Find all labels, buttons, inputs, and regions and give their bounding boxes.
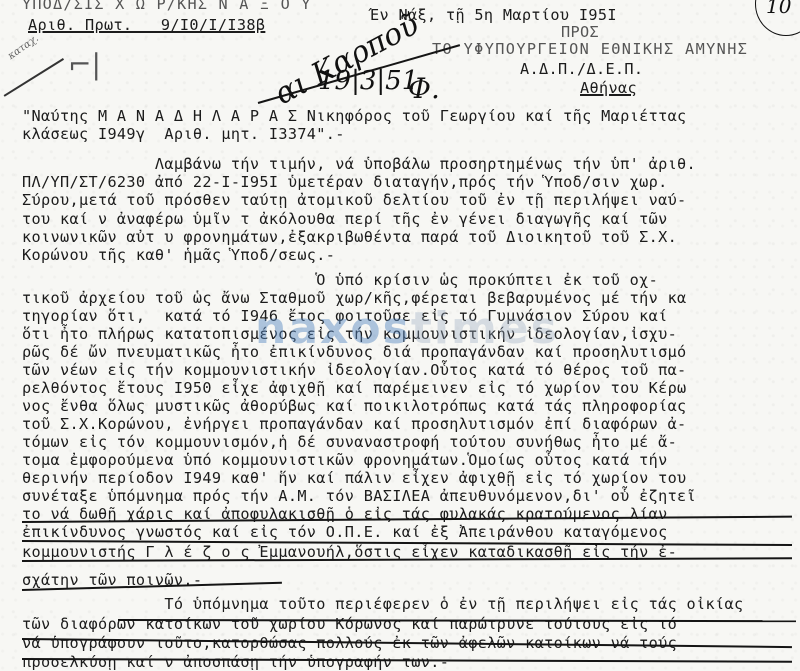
body-line: ρῶς δέ ὤν πνευματικῶς ἦτο ἐπικίνδυνος δι… [22,345,687,360]
recipient-department: Α.Δ.Π./Δ.Ε.Π. [520,62,643,77]
body-line: του καί ν ἀναφέρω ὑμῖν τ ἀκόλουθα περί τ… [22,212,668,227]
body-line: κοινωνικῶν αὐτ υ φρονημάτων,ἐξακριβωθέντ… [22,230,677,245]
body-line: συνέταξε ὑπόμνημα πρός τήν Α.Μ. τόν ΒΑΣΙ… [22,489,696,504]
handwritten-margin-note: καταχ. [6,33,41,62]
body-line: τομα ἐμφορούμενα ὑπό κομμουνιστικῶν φρον… [22,453,668,468]
protocol-number: Αριθ. Πρωτ. 9/Ι0/Ι/Ι38β [28,18,265,33]
body-line: νος ἔνθα ὅλως μυστικῶς ἀθορύβως καί ποικ… [22,399,687,414]
handwritten-mark: ⌐| [68,48,101,81]
body-line: Ὁ ὑπό κρίσιν ὡς προκύπτει ἐκ τοῦ οχ- [22,273,658,288]
body-line: ΠΛ/ΥΠ/ΣΤ/6230 ἀπό 22-Ι-Ι95Ι ὑμετέραν δια… [22,175,668,190]
issuing-office: ΥΠΟΔ/ΣΙΣ Χ Ω Ρ/ΚΗΣ Ν Α Ξ Ο Υ [22,0,312,12]
body-line: τικοῦ ἀρχείου τοῦ ὡς ἄνω Σταθμοῦ χωρ/κῆς… [22,291,687,306]
stamp-number: 10 [766,0,791,18]
recipient-ministry: ΤΟ ΥΦΥΠΟΥΡΓΕΙΟΝ ΕΘΝΙΚΗΣ ΑΜΥΝΗΣ [432,42,748,57]
body-line: ἐπικίνδυνος γνωστός καί εἰς τόν Ο.Π.Ε. κ… [22,525,668,540]
scanned-document-page: ΥΠΟΔ/ΣΙΣ Χ Ω Ρ/ΚΗΣ Ν Α Ξ Ο Υ Αριθ. Πρωτ.… [0,0,800,671]
subject-line-1: "Ναύτης Μ Α Ν Α Δ Η Λ Α Ρ Α Σ Νικηφόρος … [22,109,687,124]
body-line: Λαμβάνω τήν τιμήν, νά ὑποβάλω προσηρτημέ… [22,157,696,172]
body-line: Κορώνου τῆς καθ' ἡμᾶς Ὑποδ/σεως.- [22,248,335,263]
body-line: τηγορίαν ὅτι, κατά τό Ι946 ἔτος φοιτοῦσε… [22,309,668,324]
body-line: Σύρου,μετά τοῦ πρόσθεν ταύτῃ ἀτομικοῦ δε… [22,193,687,208]
handwritten-annotation: αι Καρποῦ [269,7,425,112]
body-line: Τό ὑπόμνημα τοῦτο περιέφερεν ὁ ἐν τῇ περ… [22,597,744,612]
handwritten-slash-left [4,58,64,96]
handwritten-date: 19|3|51 [318,66,418,96]
body-line: τῶν νέων εἰς τήν κομμουνιστικήν ἰδεολογί… [22,363,687,378]
body-line: ρελθόντος ἔτους Ι950 εἶχε ἀφιχθῇ καί παρ… [22,381,687,396]
handwritten-initials: Φ. [408,72,440,105]
subject-line-2: κλάσεως Ι949γ Αριθ. μητ. Ι3374".- [22,127,345,142]
body-line: θερινήν περίοδον Ι949 καθ' ἥν καί πάλιν … [22,471,687,486]
to-label: ΠΡΟΣ [561,25,599,40]
recipient-city: Αθήνας [580,81,637,96]
body-line: τοῦ Σ.Χ.Κορώνου, ἐνήργει προπαγάνδαν καί… [22,417,687,432]
body-line: ὅτι ἦτο πλήρως κατατοπισμένος εἰς τήν κο… [22,327,677,342]
body-line: τόμων εἰς τόν κομμουνισμόν,ἡ δέ συναναστ… [22,435,677,450]
